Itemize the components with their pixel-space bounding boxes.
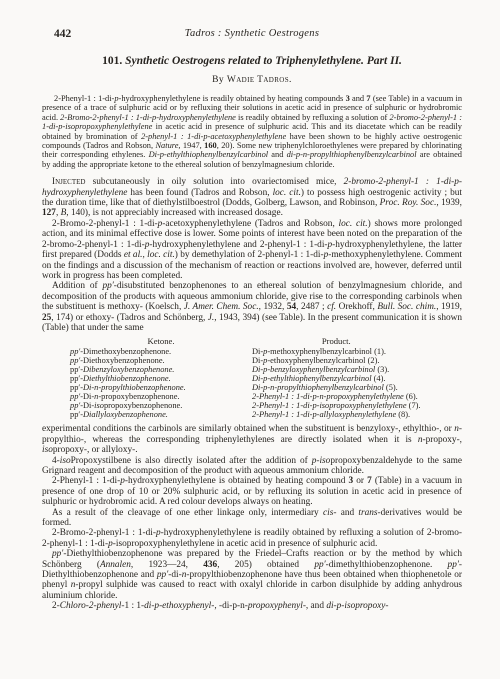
product-cell: Di-p-n-propylthiophenylbenzylcarbinol (5… [252,383,421,392]
paragraph-addition-benzophenones: Addition of pp′-disubstituted benzopheno… [42,281,462,333]
table-header-row: Ketone. Product. [70,337,421,347]
table-header-product: Product. [252,337,421,347]
ketone-cell: pp′-Dimethoxybenzophenone. [70,347,252,356]
product-cell: 2-Phenyl-1 : 1-di-p-allyloxyphenylethyle… [252,410,421,419]
ketone-cell: pp′-Diethylthiobenzophenone. [70,374,252,383]
table-header-ketone: Ketone. [70,337,252,347]
product-cell: 2-Phenyl-1 : 1-di-p-n-propoxyphenylethyl… [252,392,421,401]
table-row: pp′-Diallyloxybenzophenone. 2-Phenyl-1 :… [70,410,421,419]
page-number: 442 [54,28,71,40]
paragraph-cleavage: As a result of the cleavage of one ether… [42,508,462,529]
ketone-cell: pp′-Di-n-propylthiobenzophenone. [70,383,252,392]
journal-page: 442 Tadros : Synthetic Oestrogens 101. S… [0,0,500,679]
page-header: 442 Tadros : Synthetic Oestrogens [42,28,462,42]
table-row: pp′-Dibenzyloxybenzophenone. Di-p-benzyl… [70,365,421,374]
product-cell: Di-p-ethoxyphenylbenzylcarbinol (2). [252,356,421,365]
product-cell: Di-p-methoxyphenylbenzylcarbinol (1). [252,347,421,356]
page-content: 442 Tadros : Synthetic Oestrogens 101. S… [0,0,500,612]
article-title: 101. Synthetic Oestrogens related to Tri… [42,55,462,68]
running-head: Tadros : Synthetic Oestrogens [42,28,462,39]
paragraph-bromo-acetoxy: 2-Bromo-2-phenyl-1 : 1-di-p-acetoxypheny… [42,219,462,281]
paragraph-isopropoxystilbene: 4-isoPropoxystilbene is also directly is… [42,456,462,477]
product-cell: 2-Phenyl-1 : 1-di-p-isopropoxyphenylethy… [252,401,421,410]
table-row: pp′-Dimethoxybenzophenone. Di-p-methoxyp… [70,347,421,356]
byline: By Wadie Tadros. [42,75,462,85]
paragraph-bromo-hydroxy: 2-Bromo-2-phenyl-1 : 1-di-p-hydroxypheny… [42,528,462,549]
product-cell: Di-p-benzyloxyphenylbenzylcarbinol (3). [252,365,421,374]
table-row: pp′-Diethylthiobenzophenone. Di-p-ethylt… [70,374,421,383]
table-row: pp′-Diethoxybenzophenone. Di-p-ethoxyphe… [70,356,421,365]
compound-table-body: pp′-Dimethoxybenzophenone. Di-p-methoxyp… [70,347,421,419]
ketone-cell: pp′-Di-n-propoxybenzophenone. [70,392,252,401]
abstract: 2-Phenyl-1 : 1-di-p-hydroxyphenylethylen… [42,94,462,169]
paragraph-experimental-conditions: experimental conditions the carbinols ar… [42,424,462,455]
ketone-cell: pp′-Di-isopropoxybenzophenone. [70,401,252,410]
paragraph-chloro-partial: 2-Chloro-2-phenyl-1 : 1-di-p-ethoxypheny… [42,601,462,611]
paragraph-phenyl-hydroxy: 2-Phenyl-1 : 1-di-p-hydroxyphenylethylen… [42,476,462,507]
ketone-cell: pp′-Diethoxybenzophenone. [70,356,252,365]
ketone-cell: pp′-Diallyloxybenzophenone. [70,410,252,419]
compound-table: Ketone. Product. pp′-Dimethoxybenzopheno… [70,337,421,419]
article-body: Injected subcutaneously in oily solution… [42,177,462,611]
table-row: pp′-Di-n-propylthiobenzophenone. Di-p-n-… [70,383,421,392]
compound-table-head: Ketone. Product. [70,337,421,347]
paragraph-diethylthiobenzophenone: pp′-Diethylthiobenzophenone was prepared… [42,549,462,601]
product-cell: Di-p-ethylthiophenylbenzylcarbinol (4). [252,374,421,383]
table-row: pp′-Di-isopropoxybenzophenone. 2-Phenyl-… [70,401,421,410]
paragraph-injected: Injected subcutaneously in oily solution… [42,177,462,219]
ketone-cell: pp′-Dibenzyloxybenzophenone. [70,365,252,374]
table-row: pp′-Di-n-propoxybenzophenone. 2-Phenyl-1… [70,392,421,401]
